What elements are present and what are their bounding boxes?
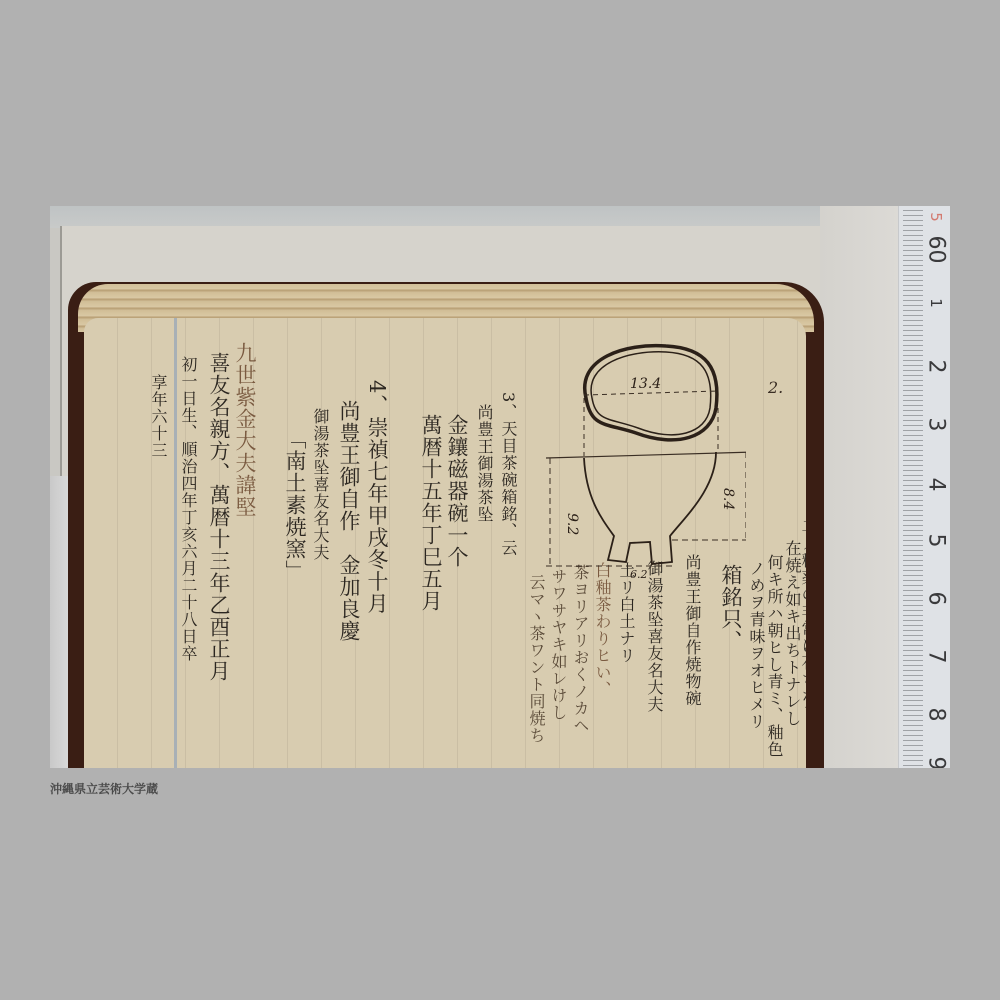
ruler-label: 5 — [927, 206, 945, 230]
text-column: ノめヲ青味ヲオヒメリ — [748, 560, 764, 730]
ruler-label: 5 — [924, 528, 949, 554]
ruler-label: 9 — [924, 751, 949, 769]
text-column: 何キ所ハ朝ヒし青ミ、釉色 — [766, 554, 782, 758]
item-number-2: 2. — [768, 378, 783, 397]
text-column: 九世紫金大夫諱堅 — [234, 342, 255, 518]
foot-width-label: 6.2 — [630, 568, 648, 578]
text-column: 白釉茶わりヒい、 — [594, 562, 610, 698]
text-column: 3、天目茶碗箱銘、云 — [500, 392, 516, 556]
margin-line — [174, 318, 177, 768]
text-column: 云マヽ茶ワント同焼ち — [528, 574, 544, 744]
text-column: 尚豊王御湯茶坠 — [476, 404, 492, 523]
text-column: 御湯茶坠喜友名大夫 — [646, 560, 662, 713]
backing-board — [50, 206, 950, 228]
height-left-label: 9.2 — [564, 513, 580, 535]
ruler-ticks — [903, 206, 923, 768]
text-column: 初一日生、順治四年丁亥六月二十八日卒 — [180, 356, 196, 766]
tea-bowl-sketch-icon: 13.4 9.2 8.4 6.2 — [546, 328, 746, 578]
ruler-label: 3 — [924, 412, 949, 438]
ruler-label: 8 — [924, 702, 949, 728]
text-column: 4、崇禎七年甲戌冬十月 — [366, 380, 387, 614]
text-column: 金鑲磁器碗一个 — [446, 414, 467, 568]
text-column: 在焼え如キ出ちトナレし — [784, 540, 800, 727]
text-column: 萬暦十五年丁巳五月 — [420, 414, 441, 612]
text-column: 尚豊王御自作 金加良慶 — [338, 400, 359, 642]
text-column: 御湯茶坠喜友名大夫 — [312, 408, 328, 561]
text-column: 二ノ釉薬の非常に石ちなし — [800, 518, 806, 722]
ruler-label: 1 — [927, 290, 945, 316]
text-column: 「南土素焼窯」 — [284, 428, 305, 582]
mouth-width-label: 13.4 — [630, 376, 661, 392]
ruler-label: 4 — [924, 472, 949, 498]
ruler-label: 60 — [924, 236, 949, 262]
ruler-label: 6 — [924, 586, 949, 612]
measuring-ruler: 5 60 1 2 3 4 5 6 7 8 9 — [898, 206, 950, 768]
ruler-label: 2 — [924, 354, 949, 380]
text-column: 茶ヨリアリおくノカヘ — [572, 564, 588, 734]
image-caption: 沖縄県立芸術大学蔵 — [50, 780, 158, 797]
document-photo: 5 60 1 2 3 4 5 6 7 8 9 享年六十三 初一日生、順治四年丁亥… — [50, 206, 950, 768]
notebook-page: 享年六十三 初一日生、順治四年丁亥六月二十八日卒 喜友名親方、萬暦十三年乙酉正月… — [84, 318, 806, 768]
text-column: 喜友名親方、萬暦十三年乙酉正月 — [208, 352, 229, 762]
text-column: 享年六十三 — [150, 374, 166, 459]
text-column: サワサヤキ如レけし — [550, 568, 566, 721]
ruler-label: 7 — [924, 644, 949, 670]
height-right-label: 8.4 — [720, 488, 736, 510]
